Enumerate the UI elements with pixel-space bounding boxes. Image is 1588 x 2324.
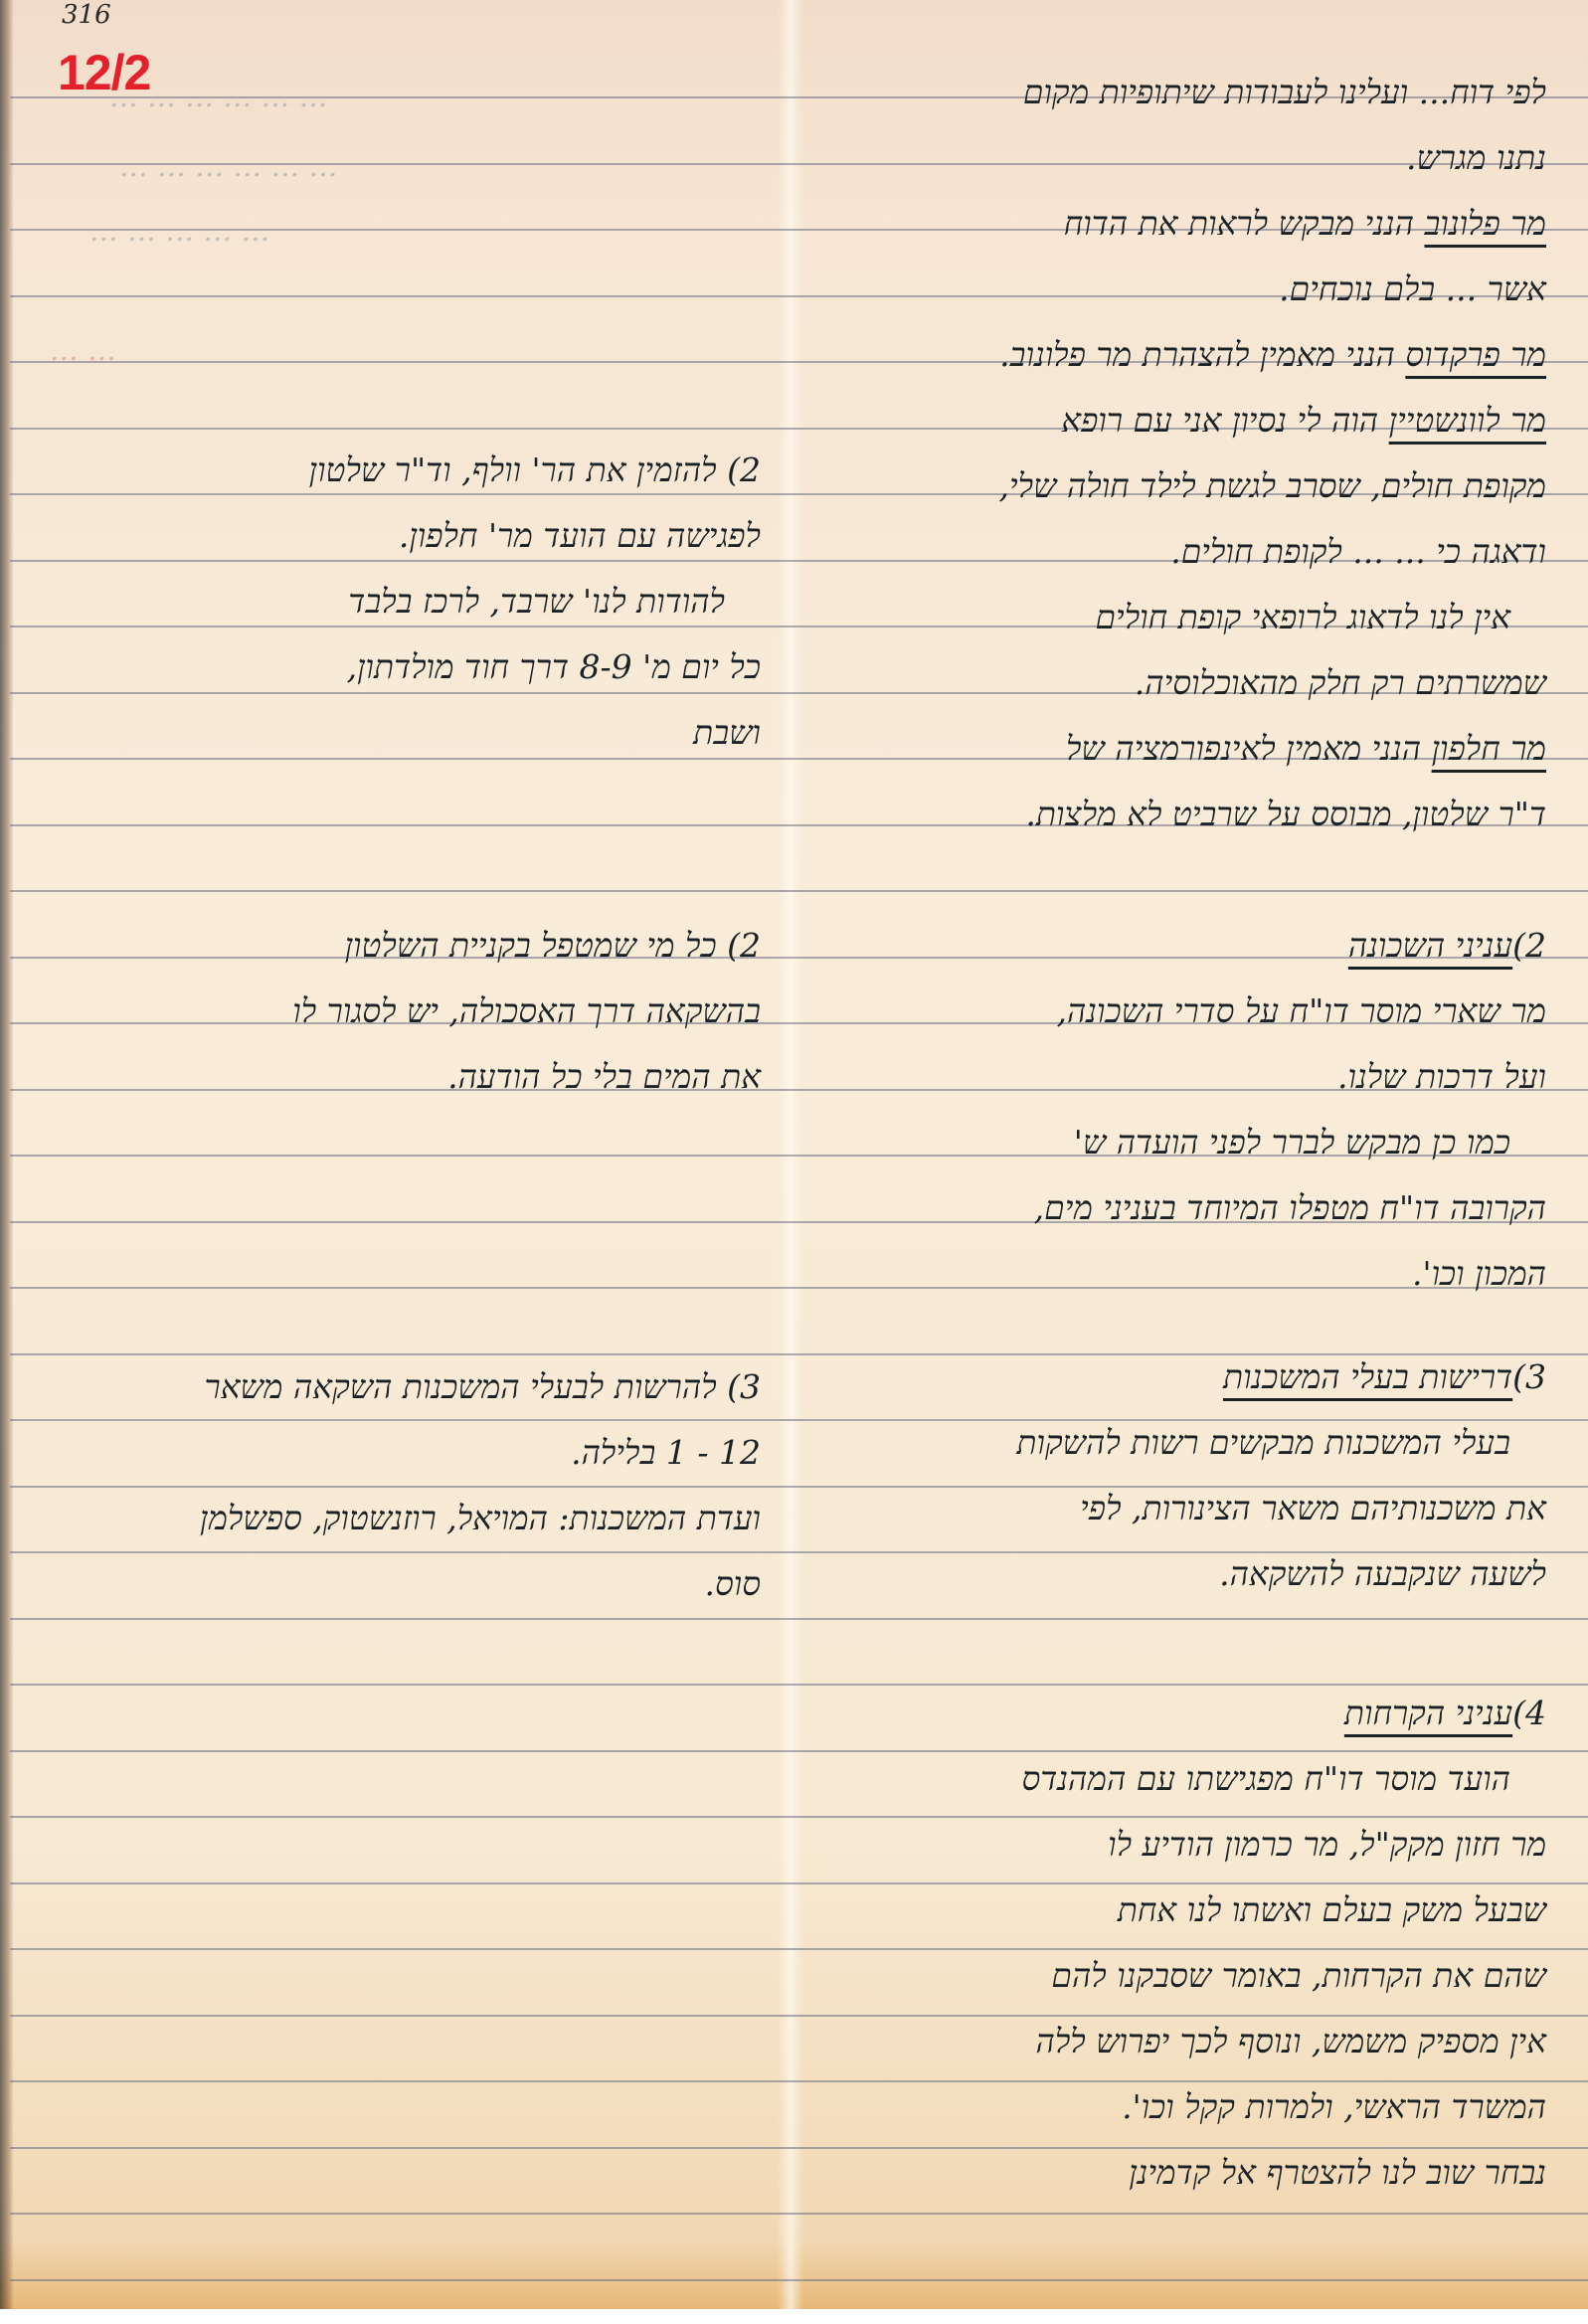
decision-3: 3) להרשות לבעלי המשכנות השקאה משאר 12 - … xyxy=(20,1354,761,1617)
notebook-page: 316 12/2 ... ... ... ... ... ... ... ...… xyxy=(0,0,1588,2309)
speaker-text: הנני מאמין להצהרת מר פלונוב. xyxy=(999,335,1395,374)
section-4: 4)עניני הקרחות הועד מוסר דו"ח מפגישתו עם… xyxy=(815,1681,1546,2206)
section-heading: 3)דרישות בעלי המשכנות xyxy=(815,1344,1546,1410)
section-title: עניני הקרחות xyxy=(1344,1694,1512,1732)
text-line: מר שארי מוסר דו"ח על סדרי השכונה, xyxy=(815,979,1546,1044)
ruled-line xyxy=(10,1618,1588,1620)
text-line: המשרד הראשי, ולמרות קקל וכו'. xyxy=(815,2074,1546,2140)
section-number: 4) xyxy=(1512,1694,1546,1732)
text-line: המכון וכו'. xyxy=(815,1241,1546,1307)
section-heading: 4)עניני הקרחות xyxy=(815,1681,1546,1746)
text-line: 12 - 1 בלילה. xyxy=(20,1420,761,1486)
speaker-name: מר פלונוב xyxy=(1424,204,1546,243)
section-heading: 2)עניני השכונה xyxy=(815,913,1546,979)
speaker-text: הוה לי נסיון אני עם רופא xyxy=(1061,401,1378,440)
text-line: את המים בלי כל הודעה. xyxy=(20,1044,761,1110)
text-line: 2) כל מי שמטפל בקניית השלטון xyxy=(20,913,761,979)
text-line: שבעל משק בעלם ואשתו לנו אחת xyxy=(815,1877,1546,1943)
speaker-name: מר פרקדוס xyxy=(1405,335,1546,374)
text-line: להודות לנו' שרבד, לרכז בלבד xyxy=(20,569,761,634)
corner-page-mark: 316 xyxy=(62,0,111,30)
section-title: דרישות בעלי המשכנות xyxy=(1223,1357,1512,1396)
ruled-line xyxy=(10,2213,1588,2215)
text-line: הועד מוסר דו"ח מפגישתו עם המהנדס xyxy=(815,1746,1546,1812)
faint-line: ... ... ... ... ... xyxy=(89,214,269,249)
speaker-text: הנני מבקש לראות את הדוח xyxy=(1064,204,1414,243)
text-line: אין לנו לדאוג לרופאי קופת חולים xyxy=(815,585,1546,650)
text-line: נבחר שוב לנו להצטרף אל קדמינן xyxy=(815,2140,1546,2206)
text-line: אין מספיק משמש, ונוסף לכך יפרוש ללה xyxy=(815,2009,1546,2074)
item-text: להזמין את הר' וולף, וד"ר שלטון xyxy=(309,450,717,489)
text-line: כמו כן מבקש לברר לפני הועדה ש' xyxy=(815,1110,1546,1175)
text-line: ועל דרכות שלנו. xyxy=(815,1044,1546,1110)
text-line: שמשרתים רק חלק מהאוכלוסיה. xyxy=(815,650,1546,716)
text-line: ד"ר שלטון, מבוסס על שרביט לא מלצות. xyxy=(815,782,1546,847)
text-line: 2) להזמין את הר' וולף, וד"ר שלטון xyxy=(20,438,761,503)
item-text: להרשות לבעלי המשכנות השקאה משאר xyxy=(205,1367,717,1406)
section-2: 2)עניני השכונה מר שארי מוסר דו"ח על סדרי… xyxy=(815,913,1546,1307)
text-line: מר פלונוב הנני מבקש לראות את הדוח xyxy=(815,191,1546,257)
decision-2: 2) כל מי שמטפל בקניית השלטון בהשקאה דרך … xyxy=(20,913,761,1110)
faint-line: ... ... ... ... ... ... xyxy=(119,149,337,184)
ruled-line xyxy=(10,890,1588,892)
text-line: את משכנותיהם משאר הצינורות, לפי xyxy=(815,1476,1546,1541)
text-line: 3) להרשות לבעלי המשכנות השקאה משאר xyxy=(20,1354,761,1420)
text-line: כל יום מ' 8-9 דרך חוד מולדתון, xyxy=(20,634,761,700)
section-number: 3) xyxy=(1512,1357,1546,1396)
section-title: עניני השכונה xyxy=(1348,926,1512,965)
text-line: לפגישה עם הועד מר' חלפון. xyxy=(20,503,761,569)
text-line: הקרובה דו"ח מטפלו המיוחד בעניני מים, xyxy=(815,1175,1546,1241)
text-line: אשר ... בלם נוכחים. xyxy=(815,257,1546,322)
item-text: כל מי שמטפל בקניית השלטון xyxy=(345,926,717,965)
text-line: ועדת המשכנות: המויאל, רוזנשטוק, ספשלמן xyxy=(20,1486,761,1551)
text-line: סוס. xyxy=(20,1551,761,1617)
item-number: 3) xyxy=(727,1367,761,1406)
text-line: שהם את הקרחות, באומר שסבקנו להם xyxy=(815,1943,1546,2009)
text-line: בהשקאה דרך האסכולה, יש לסגור לו xyxy=(20,979,761,1044)
text-line: לפי דוח... ועלינו לעבודות שיתופיות מקום xyxy=(815,60,1546,125)
text-line: מקופת חולים, שסרב לגשת לילד חולה שלי, xyxy=(815,453,1546,519)
speaker-name: מר לוונשטיין xyxy=(1389,401,1546,440)
item-number: 2) xyxy=(727,450,761,489)
text-line: ודאגה כי ... ... לקופת חולים. xyxy=(815,519,1546,585)
section-3: 3)דרישות בעלי המשכנות בעלי המשכנות מבקשי… xyxy=(815,1344,1546,1607)
text-line: לשעה שנקבעה להשקאה. xyxy=(815,1541,1546,1607)
text-line: בעלי המשכנות מבקשים רשות להשקות xyxy=(815,1410,1546,1476)
faint-line: ... ... xyxy=(50,333,116,368)
text-line: מר לוונשטיין הוה לי נסיון אני עם רופא xyxy=(815,388,1546,453)
text-line: מר חלפון הנני מאמין לאינפורמציה של xyxy=(815,716,1546,782)
speaker-text: הנני מאמין לאינפורמציה של xyxy=(1066,729,1421,768)
text-line: מר חזון מקק"ל, מר כרמון הודיע לו xyxy=(815,1812,1546,1877)
item-number: 2) xyxy=(727,926,761,965)
faint-line: ... ... ... ... ... ... xyxy=(109,80,327,114)
speaker-name: מר חלפון xyxy=(1432,729,1546,768)
text-line: ושבת xyxy=(20,700,761,766)
decision-1: 2) להזמין את הר' וולף, וד"ר שלטון לפגישה… xyxy=(20,438,761,766)
text-line: נתנו מגרש. xyxy=(815,125,1546,191)
text-line: מר פרקדוס הנני מאמין להצהרת מר פלונוב. xyxy=(815,322,1546,388)
section-number: 2) xyxy=(1512,926,1546,965)
ruled-line xyxy=(10,2279,1588,2281)
intro-block: לפי דוח... ועלינו לעבודות שיתופיות מקום … xyxy=(815,60,1546,847)
